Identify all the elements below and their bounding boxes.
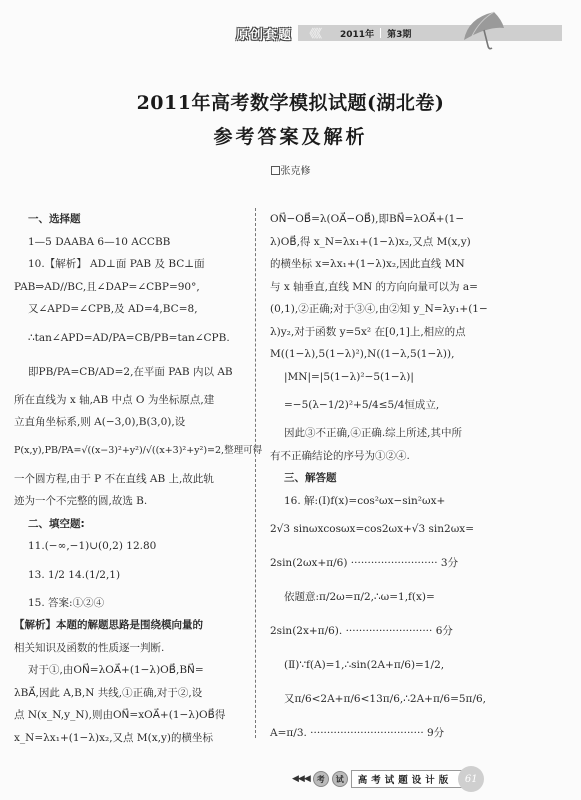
text-line: λ)OB⃗,得 x_N=λx₁+(1−λ)x₂,又点 M(x,y): [270, 231, 520, 254]
text-line: 13. 1/2 14.(1/2,1): [28, 558, 226, 592]
author: 张克修: [0, 162, 581, 177]
text-line: 点 N(x_N,y_N),则由ON⃗=xOA⃗+(1−λ)OB⃗得: [14, 704, 226, 727]
text-line: 有不正确结论的序号为①②④.: [270, 445, 520, 468]
text-line: 11.(−∞,−1)∪(0,2) 12.80: [28, 535, 226, 558]
article-subtitle: 参考答案及解析: [0, 122, 581, 149]
badge-kao: 考: [313, 771, 329, 787]
text-line: 因此③不正确,④正确.综上所述,其中所: [270, 422, 520, 445]
text-line: 所在直线为 x 轴,AB 中点 O 为坐标原点,建: [14, 389, 226, 412]
text-line: 15. 答案:①②④: [28, 592, 226, 615]
section-heading: 二、填空题:: [28, 513, 226, 536]
text-line: 2sin(2ωx+π/6) ··························…: [270, 546, 520, 580]
text-line: λBA⃗,因此 A,B,N 共线,①正确,对于②,设: [14, 682, 226, 705]
text-line: 又∠APD=∠CPB,及 AD=4,BC=8,: [28, 298, 226, 321]
text-line: |MN|=|5(1−λ)²−5(1−λ)|: [270, 366, 520, 389]
column-divider: [255, 208, 256, 738]
text-line: P(x,y),PB/PA=√((x−3)²+y²)/√((x+3)²+y²)=2…: [14, 434, 226, 468]
text-line: 1—5 DAABA 6—10 ACCBB: [28, 231, 226, 254]
text-line: 的横坐标 x=λx₁+(1−λ)x₂,因此直线 MN: [270, 253, 520, 276]
text-line: 迹为一个不完整的圆,故选 B.: [14, 490, 226, 513]
text-line: 与 x 轴垂直,直线 MN 的方向向量可以为 a=: [270, 276, 520, 299]
text-line: (0,1),②正确;对于③④,由②知 y_N=λy₁+(1−: [270, 298, 520, 321]
text-line: =−5(λ−1/2)²+5/4≤5/4恒成立,: [270, 388, 520, 422]
issue-number: 第3期: [387, 27, 411, 40]
text-line: 依题意:π/2ω=π/2,∴ω=1,f(x)=: [270, 580, 520, 614]
issue-bar: 《《《 2011年 第3期: [298, 25, 562, 41]
umbrella-icon: [458, 10, 508, 52]
issue-year: 2011年: [340, 27, 374, 40]
text-line: PAB⇒AD//BC,且∠DAP=∠CBP=90°,: [14, 276, 226, 299]
text-line: 2sin(2x+π/6). ··························…: [270, 614, 520, 648]
text-line: 2√3 sinωxcosωx=cos2ωx+√3 sin2ωx=: [270, 512, 520, 546]
separator: [380, 28, 381, 38]
text-line: 【解析】本题的解题思路是围绕模向量的: [14, 614, 226, 637]
text-line: 对于①,由ON⃗=λOA⃗+(1−λ)OB⃗,BN⃗=: [28, 659, 226, 682]
text-line: 相关知识及函数的性质逐一判断.: [14, 637, 226, 660]
page-footer: ◀◀◀ 考 试 高考试题设计版 61: [292, 766, 484, 792]
text-line: 16. 解:(Ⅰ)f(x)=cos²ωx−sin²ωx+: [270, 490, 520, 513]
text-line: (Ⅱ)∵f(A)=1,∴sin(2A+π/6)=1/2,: [270, 648, 520, 682]
text-line: A=π/3. ·································…: [270, 716, 520, 750]
text-line: 10.【解析】 AD⊥面 PAB 及 BC⊥面: [28, 253, 226, 276]
arrows-icon: 《《《: [304, 25, 320, 41]
author-box-icon: [271, 166, 280, 175]
right-column: ON⃗−OB⃗=λ(OA⃗−OB⃗),即BN⃗=λOA⃗+(1− λ)OB⃗,得…: [270, 208, 520, 750]
column-brand: 原创套题: [236, 24, 292, 43]
text-line: 又π/6<2A+π/6<13π/6,∴2A+π/6=5π/6,: [270, 682, 520, 716]
article-title: 2011年高考数学模拟试题(湖北卷): [0, 88, 581, 115]
text-line: 即PB/PA=CB/AD=2,在平面 PAB 内以 AB: [28, 355, 226, 389]
left-column: 一、选择题 1—5 DAABA 6—10 ACCBB 10.【解析】 AD⊥面 …: [28, 208, 226, 749]
text-line: x_N=λx₁+(1−λ)x₂,又点 M(x,y)的横坐标: [14, 727, 226, 750]
page-number: 61: [458, 766, 484, 792]
arrows-left-icon: ◀◀◀: [292, 774, 310, 784]
section-heading: 三、解答题: [270, 467, 520, 490]
text-line: ON⃗−OB⃗=λ(OA⃗−OB⃗),即BN⃗=λOA⃗+(1−: [270, 208, 520, 231]
section-heading: 一、选择题: [28, 208, 226, 231]
text-line: 一个圆方程,由于 P 不在直线 AB 上,故此轨: [14, 468, 226, 491]
page-header: 原创套题 《《《 2011年 第3期: [236, 22, 562, 44]
text-line: ∴tan∠APD=AD/PA=CB/PB=tan∠CPB.: [28, 321, 226, 355]
text-line: M((1−λ),5(1−λ)²),N((1−λ,5(1−λ)),: [270, 343, 520, 366]
edition-label: 高考试题设计版: [351, 770, 467, 788]
text-line: λ)y₂,对于函数 y=5x² 在[0,1]上,相应的点: [270, 321, 520, 344]
text-line: 立直角坐标系,则 A(−3,0),B(3,0),设: [14, 411, 226, 434]
badge-shi: 试: [332, 771, 348, 787]
author-name: 张克修: [281, 166, 311, 177]
